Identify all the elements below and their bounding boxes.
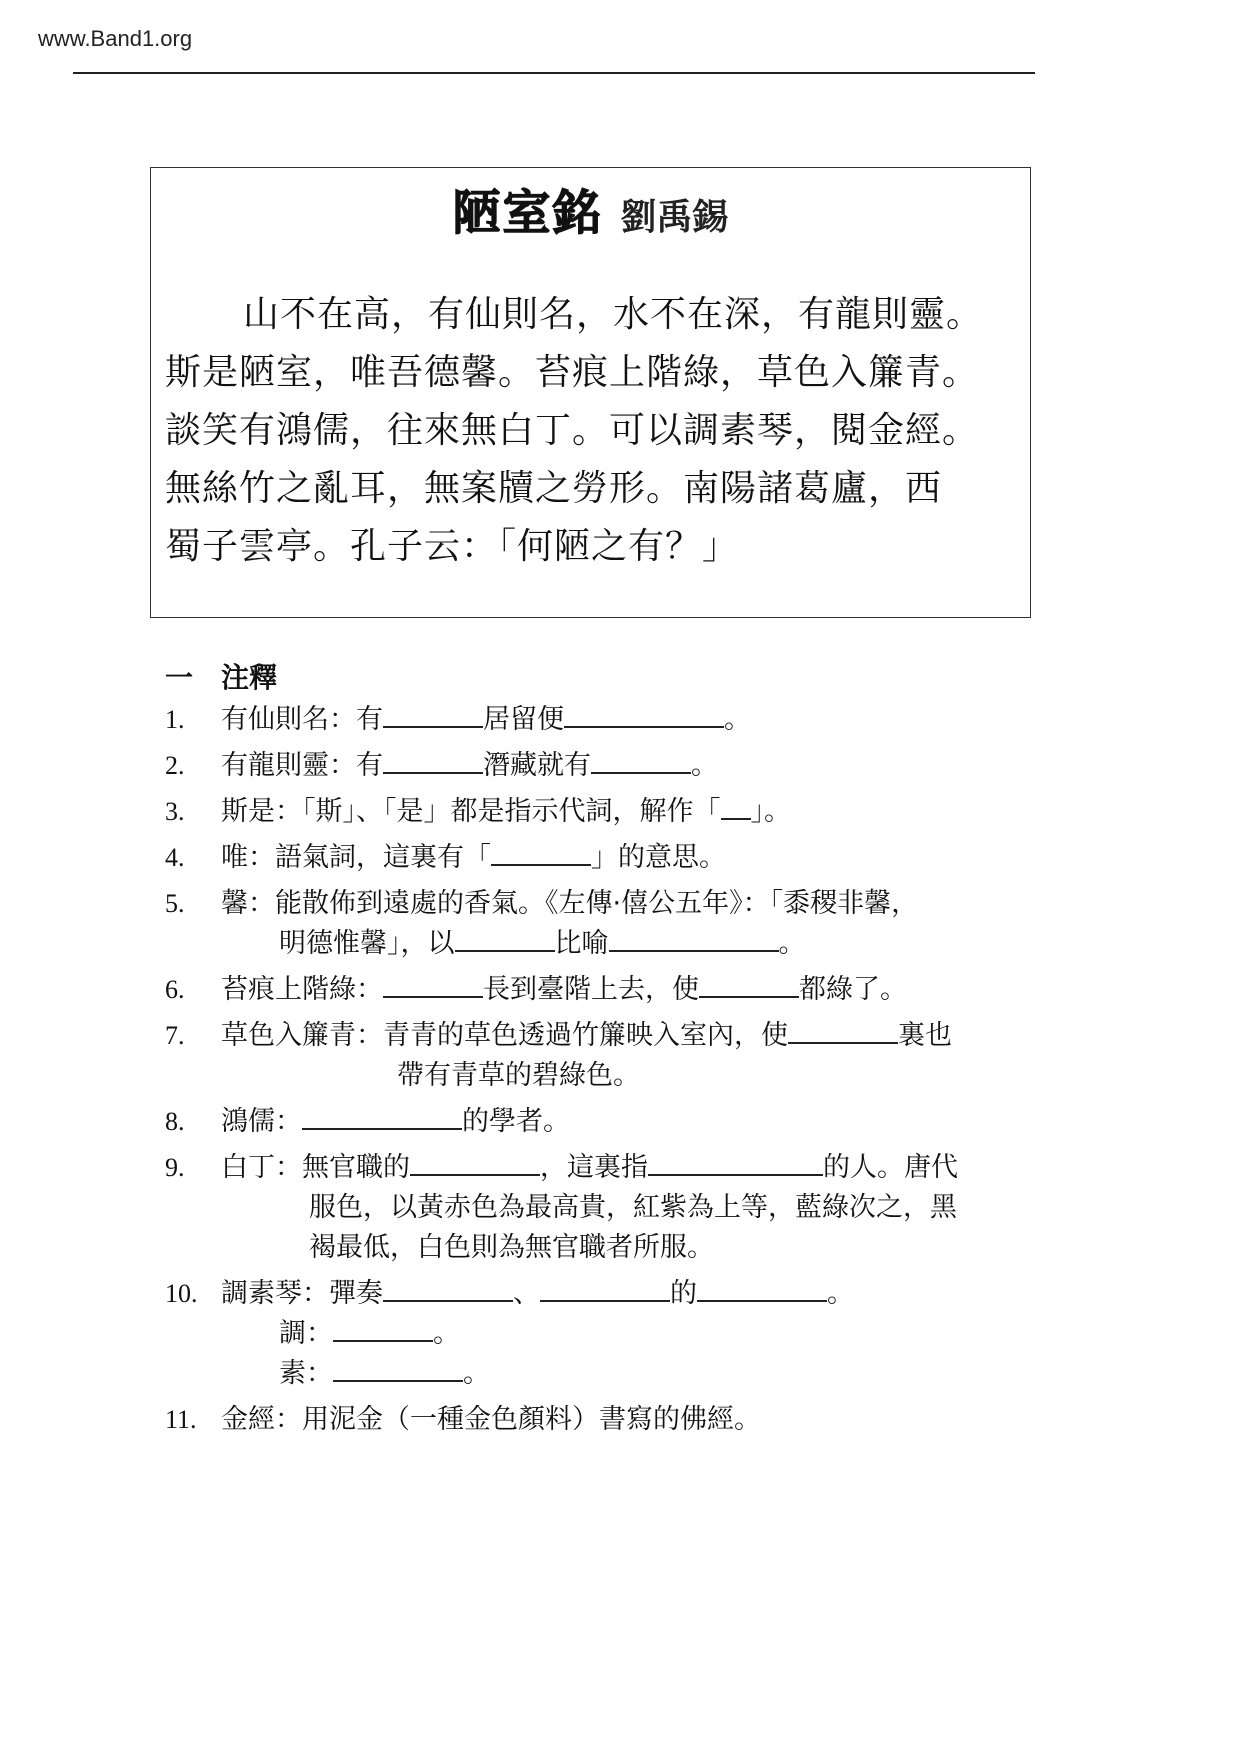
note-text: 有龍則靈：有 — [221, 750, 383, 781]
note-item-10: 10. 調素琴：彈奏、的。 調：。 素：。 — [165, 1274, 1045, 1394]
note-number: 9. — [165, 1148, 185, 1188]
fill-blank[interactable] — [699, 970, 799, 998]
section-title: 注釋 — [221, 661, 277, 694]
note-text: 鴻儒： — [221, 1106, 302, 1137]
note-text: 。 — [463, 1358, 490, 1389]
poem-author: 劉禹錫 — [621, 197, 729, 238]
note-text: 的人。唐代 — [823, 1152, 958, 1183]
fill-blank[interactable] — [540, 1274, 670, 1302]
header-divider — [73, 72, 1035, 74]
note-item-1: 1. 有仙則名：有居留便。 — [165, 700, 1045, 740]
note-item-4: 4. 唯：語氣詞，這裏有「」的意思。 — [165, 838, 1045, 878]
site-url[interactable]: www.Band1.org — [38, 26, 192, 52]
poem-line: 山不在高，有仙則名，水不在深，有龍則靈。 — [165, 286, 1025, 344]
note-text: 」的意思。 — [591, 842, 726, 873]
note-number: 7. — [165, 1016, 185, 1056]
fill-blank[interactable] — [455, 924, 555, 952]
note-text: 的學者。 — [462, 1106, 570, 1137]
note-item-2: 2. 有龍則靈：有潛藏就有。 — [165, 746, 1045, 786]
note-text: 苔痕上階綠： — [221, 974, 383, 1005]
note-text: 白丁：無官職的 — [221, 1152, 410, 1183]
note-item-8: 8. 鴻儒：的學者。 — [165, 1102, 1045, 1142]
note-text: 。 — [827, 1278, 854, 1309]
poem-line: 蜀子雲亭。孔子云：「何陋之有？」 — [165, 518, 1025, 576]
poem-line: 談笑有鴻儒，往來無白丁。可以調素琴，閱金經。 — [165, 402, 1025, 460]
note-text: 的 — [670, 1278, 697, 1309]
note-sub-label: 調： — [279, 1318, 333, 1349]
fill-blank[interactable] — [564, 700, 724, 728]
poem-title: 陋室銘劉禹錫 — [151, 174, 1030, 243]
fill-blank[interactable] — [302, 1102, 462, 1130]
note-text: 」。 — [751, 796, 792, 827]
note-item-7: 7. 草色入簾青：青青的草色透過竹簾映入室內，使裏也 帶有青草的碧綠色。 — [165, 1016, 1045, 1096]
note-number: 5. — [165, 884, 185, 924]
note-text: 長到臺階上去，使 — [483, 974, 699, 1005]
fill-blank[interactable] — [609, 924, 779, 952]
note-text: 都綠了。 — [799, 974, 907, 1005]
note-number: 1. — [165, 700, 185, 740]
note-text: 、 — [513, 1278, 540, 1309]
note-text: 唯：語氣詞，這裏有「 — [221, 842, 491, 873]
note-text: 斯是：「斯」、「是」都是指示代詞，解作「 — [221, 796, 721, 827]
note-text: 居留便 — [483, 704, 564, 735]
note-text: 有仙則名：有 — [221, 704, 383, 735]
fill-blank[interactable] — [491, 838, 591, 866]
note-item-3: 3. 斯是：「斯」、「是」都是指示代詞，解作「」。 — [165, 792, 1045, 832]
note-number: 4. — [165, 838, 185, 878]
note-text: 。 — [433, 1318, 460, 1349]
fill-blank[interactable] — [383, 970, 483, 998]
note-text: 比喻 — [555, 928, 609, 959]
section-heading: 一注釋 — [165, 656, 277, 696]
poem-box: 陋室銘劉禹錫 山不在高，有仙則名，水不在深，有龍則靈。 斯是陋室，唯吾德馨。苔痕… — [150, 167, 1031, 618]
note-text: 調素琴：彈奏 — [221, 1278, 383, 1309]
note-text: 。 — [691, 750, 718, 781]
note-number: 6. — [165, 970, 185, 1010]
note-number: 3. — [165, 792, 185, 832]
note-text: 明德惟馨」，以 — [279, 928, 455, 959]
fill-blank[interactable] — [591, 746, 691, 774]
note-text: ，這裏指 — [540, 1152, 648, 1183]
fill-blank[interactable] — [333, 1314, 433, 1342]
fill-blank[interactable] — [697, 1274, 827, 1302]
note-text: 帶有青草的碧綠色。 — [397, 1060, 640, 1091]
note-text: 草色入簾青：青青的草色透過竹簾映入室內，使 — [221, 1020, 788, 1051]
note-item-6: 6. 苔痕上階綠：長到臺階上去，使都綠了。 — [165, 970, 1045, 1010]
notes-list: 1. 有仙則名：有居留便。 2. 有龍則靈：有潛藏就有。 3. 斯是：「斯」、「… — [165, 700, 1045, 1440]
section-number: 一 — [165, 656, 221, 696]
note-text: 金經：用泥金（一種金色顏料）書寫的佛經。 — [221, 1404, 761, 1435]
fill-blank[interactable] — [788, 1016, 898, 1044]
fill-blank[interactable] — [721, 792, 751, 820]
fill-blank[interactable] — [383, 700, 483, 728]
note-text: 服色，以黃赤色為最高貴，紅紫為上等，藍綠次之，黑 — [221, 1188, 1045, 1228]
note-number: 10. — [165, 1274, 198, 1314]
note-text: 潛藏就有 — [483, 750, 591, 781]
note-number: 11. — [165, 1400, 197, 1440]
note-text: 。 — [779, 928, 806, 959]
note-item-11: 11. 金經：用泥金（一種金色顏料）書寫的佛經。 — [165, 1400, 1045, 1440]
poem-line: 斯是陋室，唯吾德馨。苔痕上階綠，草色入簾青。 — [165, 344, 1025, 402]
note-text: 。 — [724, 704, 751, 735]
note-item-9: 9. 白丁：無官職的，這裏指的人。唐代 服色，以黃赤色為最高貴，紅紫為上等，藍綠… — [165, 1148, 1045, 1268]
note-text: 褐最低，白色則為無官職者所服。 — [221, 1228, 1045, 1268]
fill-blank[interactable] — [333, 1354, 463, 1382]
poem-title-text: 陋室銘 — [452, 185, 602, 241]
note-item-5: 5. 馨：能散佈到遠處的香氣。《左傳·僖公五年》：「黍稷非馨， 明德惟馨」，以比… — [165, 884, 1045, 964]
fill-blank[interactable] — [648, 1148, 823, 1176]
poem-text: 山不在高，有仙則名，水不在深，有龍則靈。 斯是陋室，唯吾德馨。苔痕上階綠，草色入… — [165, 286, 1025, 576]
fill-blank[interactable] — [410, 1148, 540, 1176]
poem-line: 無絲竹之亂耳，無案牘之勞形。南陽諸葛廬，西 — [165, 460, 1025, 518]
note-number: 8. — [165, 1102, 185, 1142]
note-number: 2. — [165, 746, 185, 786]
fill-blank[interactable] — [383, 1274, 513, 1302]
note-sub-label: 素： — [279, 1358, 333, 1389]
note-text: 馨：能散佈到遠處的香氣。《左傳·僖公五年》：「黍稷非馨， — [221, 888, 918, 919]
note-text: 裏也 — [898, 1020, 952, 1051]
fill-blank[interactable] — [383, 746, 483, 774]
